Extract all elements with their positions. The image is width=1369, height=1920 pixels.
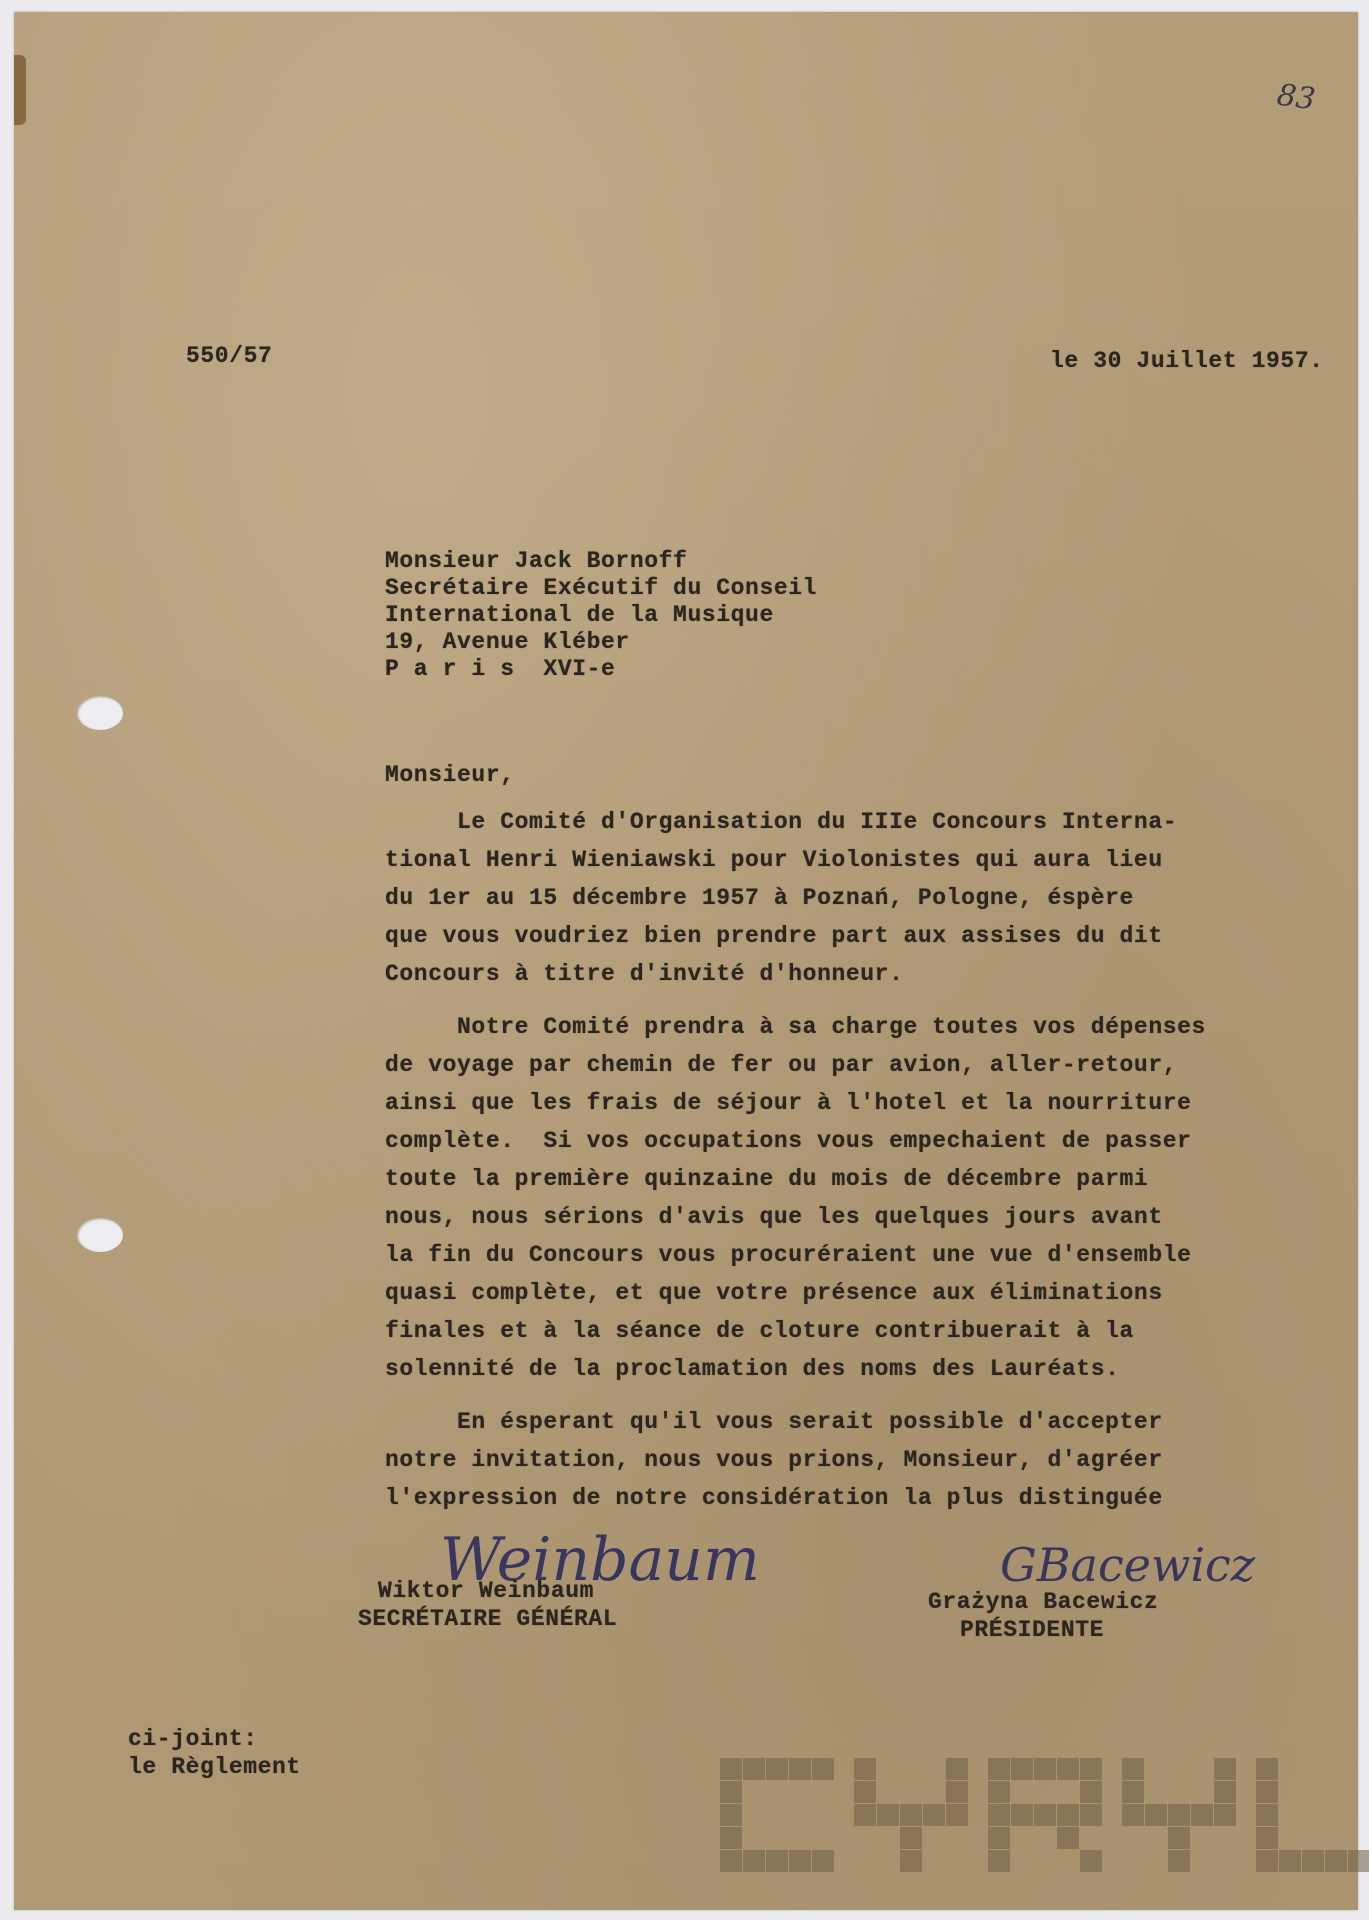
signatory-name-right: Grażyna Bacewicz bbox=[928, 1589, 1158, 1616]
punch-hole-top bbox=[77, 696, 123, 730]
body-line: solennité de la proclamation des noms de… bbox=[385, 1350, 1120, 1388]
address-line: Secrétaire Exécutif du Conseil bbox=[385, 575, 817, 602]
signatory-title-right: PRÉSIDENTE bbox=[960, 1617, 1104, 1644]
body-line: En ésperant qu'il vous serait possible d… bbox=[385, 1403, 1163, 1441]
enclosure-item: le Règlement bbox=[128, 1754, 301, 1781]
punch-hole-bottom bbox=[77, 1218, 123, 1252]
body-line: Le Comité d'Organisation du IIIe Concour… bbox=[385, 803, 1177, 841]
watermark-letter bbox=[854, 1758, 966, 1872]
body-line: ainsi que les frais de séjour à l'hotel … bbox=[385, 1084, 1192, 1122]
body-line: toute la première quinzaine du mois de d… bbox=[385, 1160, 1148, 1198]
watermark-letter bbox=[720, 1758, 832, 1872]
body-line: la fin du Concours vous procuréraient un… bbox=[385, 1236, 1192, 1274]
body-line: de voyage par chemin de fer ou par avion… bbox=[385, 1046, 1177, 1084]
body-line: que vous voudriez bien prendre part aux … bbox=[385, 917, 1163, 955]
body-line: Concours à titre d'invité d'honneur. bbox=[385, 955, 903, 993]
address-line: International de la Musique bbox=[385, 602, 774, 629]
letter-date: le 30 Juillet 1957. bbox=[1050, 348, 1324, 375]
address-line: 19, Avenue Kléber bbox=[385, 629, 630, 656]
body-line: nous, nous sérions d'avis que les quelqu… bbox=[385, 1198, 1163, 1236]
body-line: Notre Comité prendra à sa charge toutes … bbox=[385, 1008, 1206, 1046]
watermark-letter bbox=[1122, 1758, 1234, 1872]
body-line: l'expression de notre considération la p… bbox=[385, 1479, 1163, 1517]
address-line: Monsieur Jack Bornoff bbox=[385, 548, 687, 575]
signatory-name-left: Wiktor Weinbaum bbox=[378, 1578, 594, 1605]
body-line: complète. Si vos occupations vous empech… bbox=[385, 1122, 1192, 1160]
body-line: du 1er au 15 décembre 1957 à Poznań, Pol… bbox=[385, 879, 1134, 917]
torn-edge bbox=[14, 55, 26, 125]
cyryl-watermark bbox=[720, 1758, 1368, 1872]
body-line: notre invitation, nous vous prions, Mons… bbox=[385, 1441, 1163, 1479]
reference-number: 550/57 bbox=[186, 343, 272, 370]
body-line: quasi complète, et que votre présence au… bbox=[385, 1274, 1163, 1312]
watermark-letter bbox=[1256, 1758, 1368, 1872]
body-line: tional Henri Wieniawski pour Violonistes… bbox=[385, 841, 1163, 879]
watermark-letter bbox=[988, 1758, 1100, 1872]
signature-bacewicz: GBacewicz bbox=[1000, 1538, 1255, 1592]
address-line: P a r i s XVI-e bbox=[385, 656, 615, 683]
enclosure-label: ci-joint: bbox=[128, 1726, 258, 1753]
body-line: finales et à la séance de cloture contri… bbox=[385, 1312, 1134, 1350]
salutation: Monsieur, bbox=[385, 762, 515, 789]
signatory-title-left: SECRÉTAIRE GÉNÉRAL bbox=[358, 1606, 617, 1633]
page-number: 83 bbox=[1275, 78, 1318, 118]
